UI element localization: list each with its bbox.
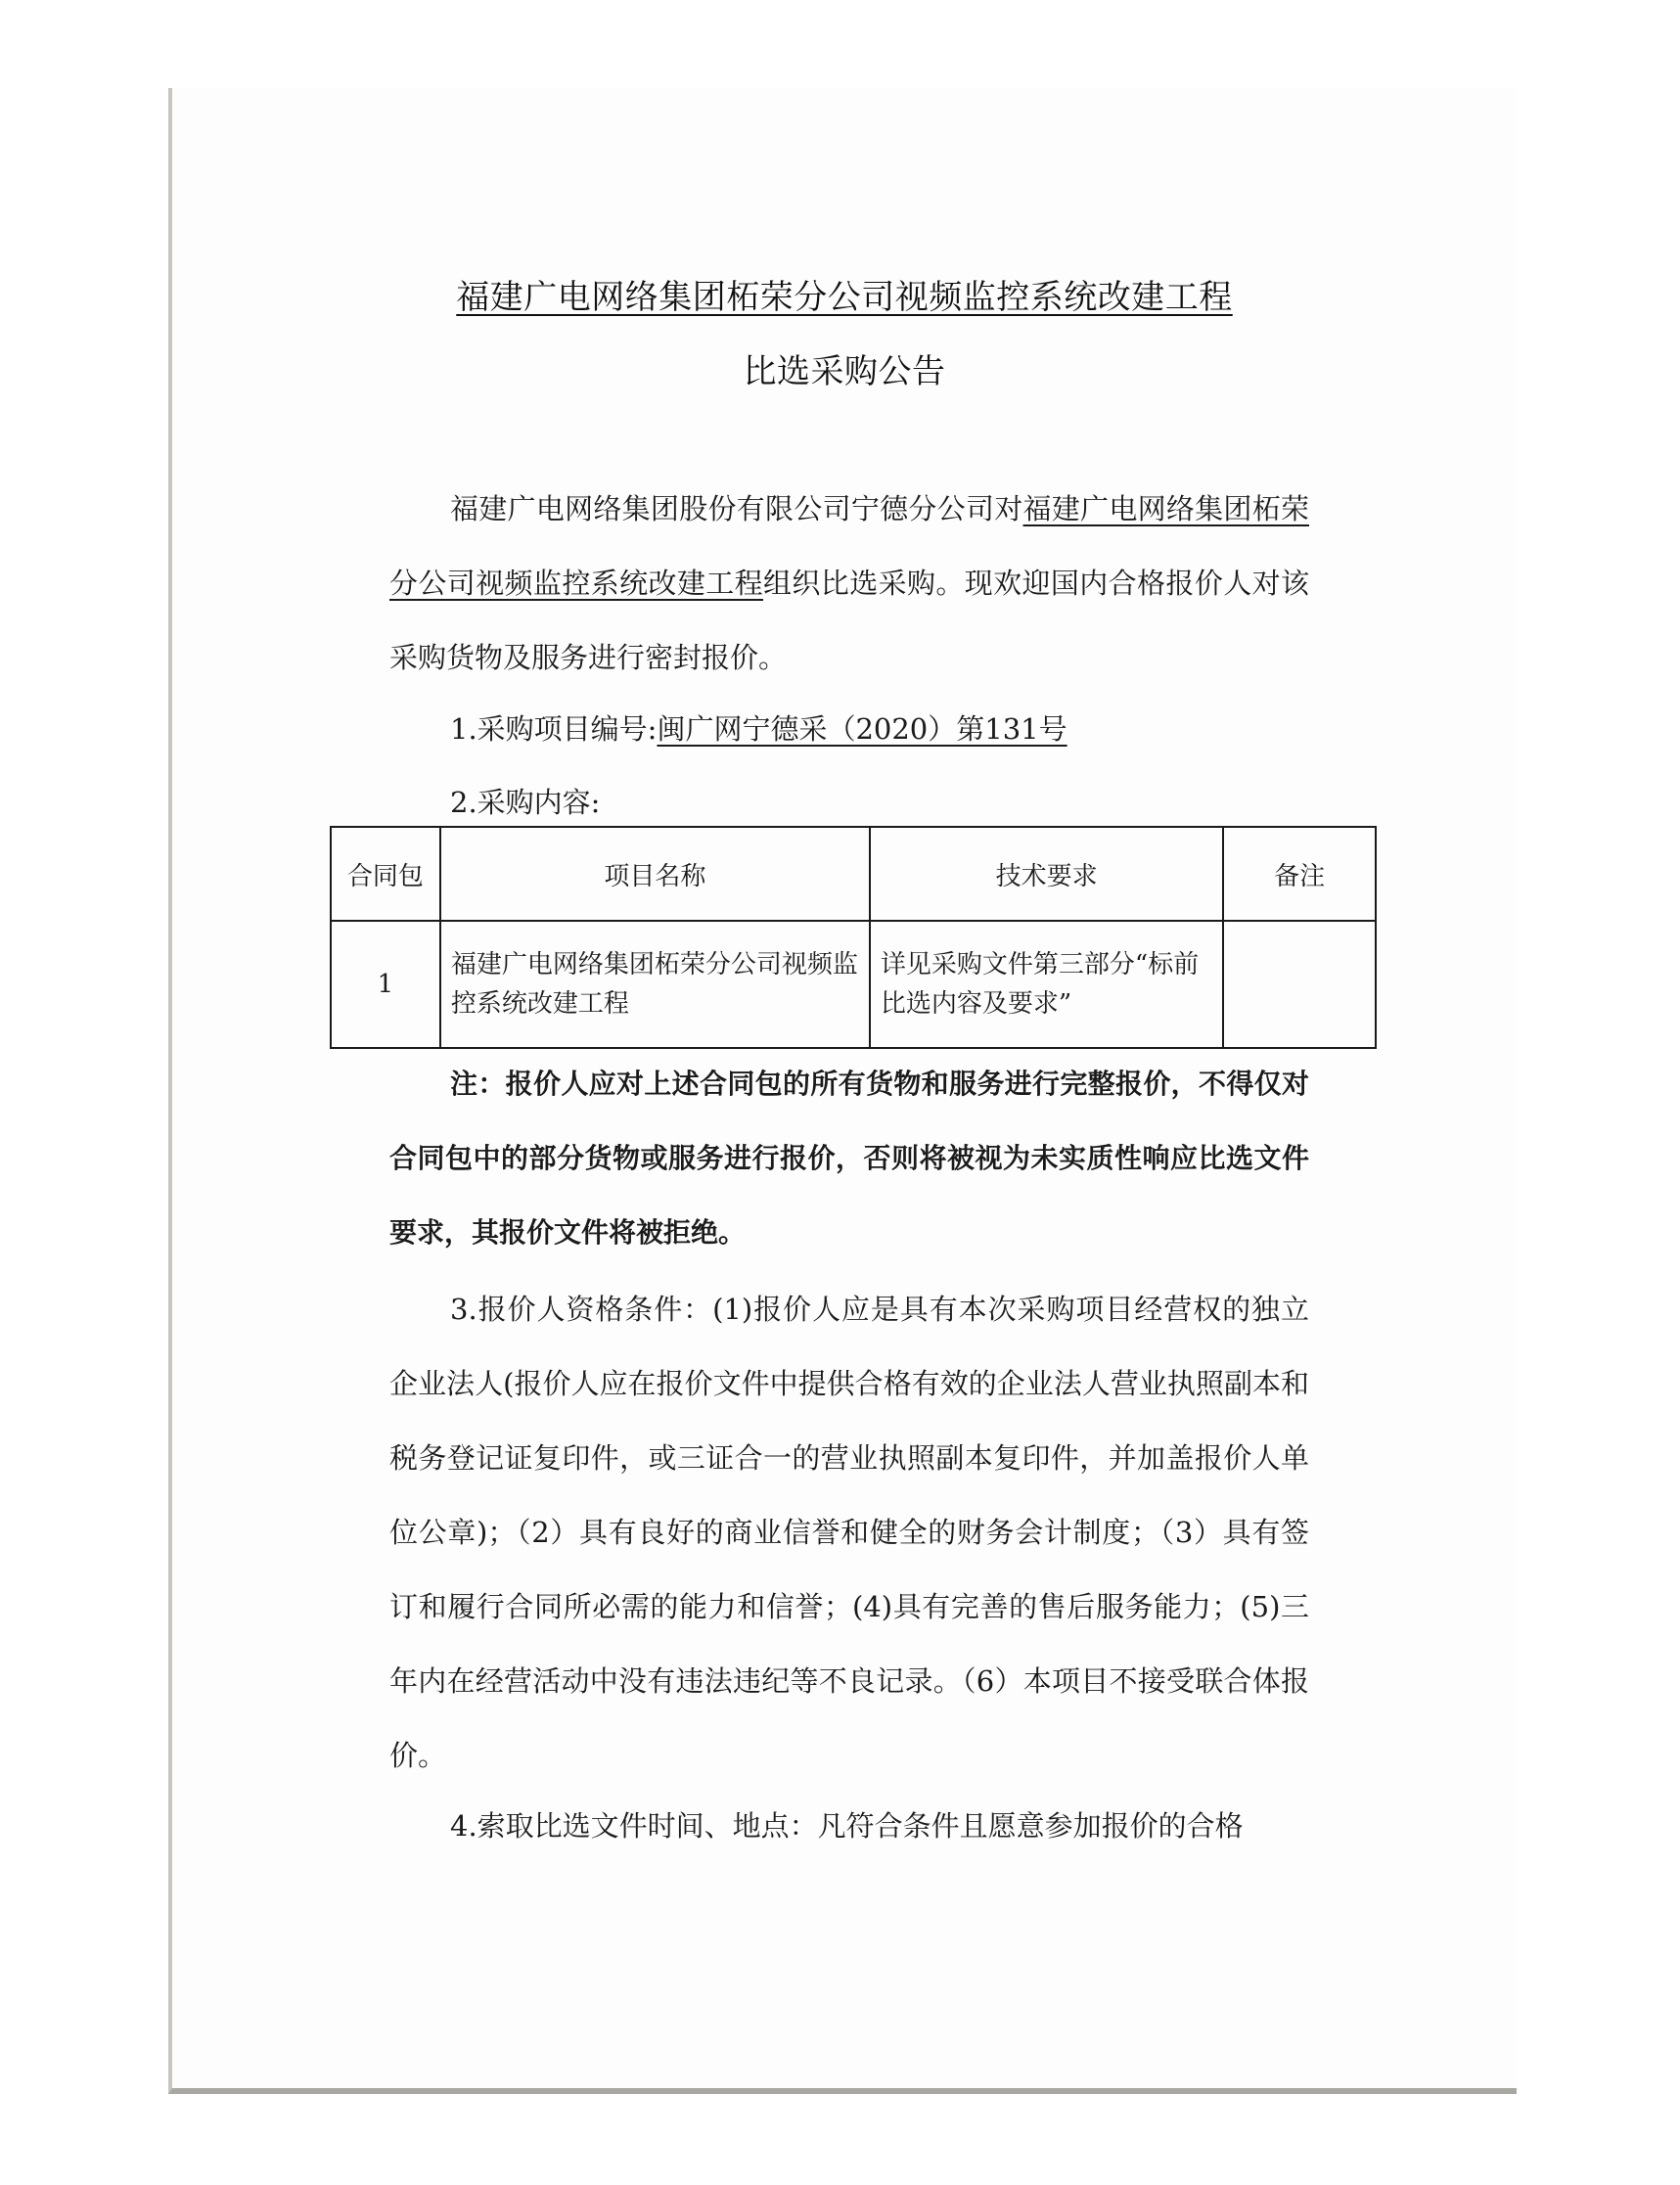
header-tech-requirements: 技术要求: [870, 827, 1223, 921]
project-number-value: 闽广网宁德采（2020）第131号: [657, 712, 1067, 746]
cell-project-name: 福建广电网络集团柘荣分公司视频监控系统改建工程: [440, 921, 870, 1048]
procurement-table: 合同包 项目名称 技术要求 备注 1 福建广电网络集团柘荣分公司视频监控系统改建…: [330, 826, 1377, 1049]
intro-prefix: 福建广电网络集团股份有限公司宁德分公司对: [450, 492, 1023, 525]
cell-package: 1: [331, 921, 440, 1048]
cell-remarks: [1223, 921, 1376, 1048]
item-bidder-qualifications: 3.报价人资格条件：(1)报价人应是具有本次采购项目经营权的独立企业法人(报价人…: [389, 1272, 1309, 1793]
header-remarks: 备注: [1223, 827, 1376, 921]
project-number-label: 1.采购项目编号:: [450, 712, 657, 746]
scanned-page: 福建广电网络集团柘荣分公司视频监控系统改建工程 比选采购公告 福建广电网络集团股…: [168, 88, 1517, 2094]
table-row: 1 福建广电网络集团柘荣分公司视频监控系统改建工程 详见采购文件第三部分“标前比…: [331, 921, 1376, 1048]
document-title: 福建广电网络集团柘荣分公司视频监控系统改建工程: [172, 270, 1517, 318]
item-document-acquisition: 4.索取比选文件时间、地点：凡符合条件且愿意参加报价的合格: [389, 1789, 1309, 1863]
header-project-name: 项目名称: [440, 827, 870, 921]
document-subtitle: 比选采购公告: [172, 344, 1517, 392]
item-project-number: 1.采购项目编号:闽广网宁德采（2020）第131号: [389, 692, 1309, 766]
table-header-row: 合同包 项目名称 技术要求 备注: [331, 827, 1376, 921]
header-package: 合同包: [331, 827, 440, 921]
intro-paragraph: 福建广电网络集团股份有限公司宁德分公司对福建广电网络集团柘荣分公司视频监控系统改…: [389, 472, 1309, 695]
title-line-1: 福建广电网络集团柘荣分公司视频监控系统改建工程: [456, 278, 1233, 317]
cell-tech-requirements: 详见采购文件第三部分“标前比选内容及要求”: [870, 921, 1223, 1048]
note-paragraph: 注：报价人应对上述合同包的所有货物和服务进行完整报价，不得仅对合同包中的部分货物…: [389, 1047, 1309, 1270]
